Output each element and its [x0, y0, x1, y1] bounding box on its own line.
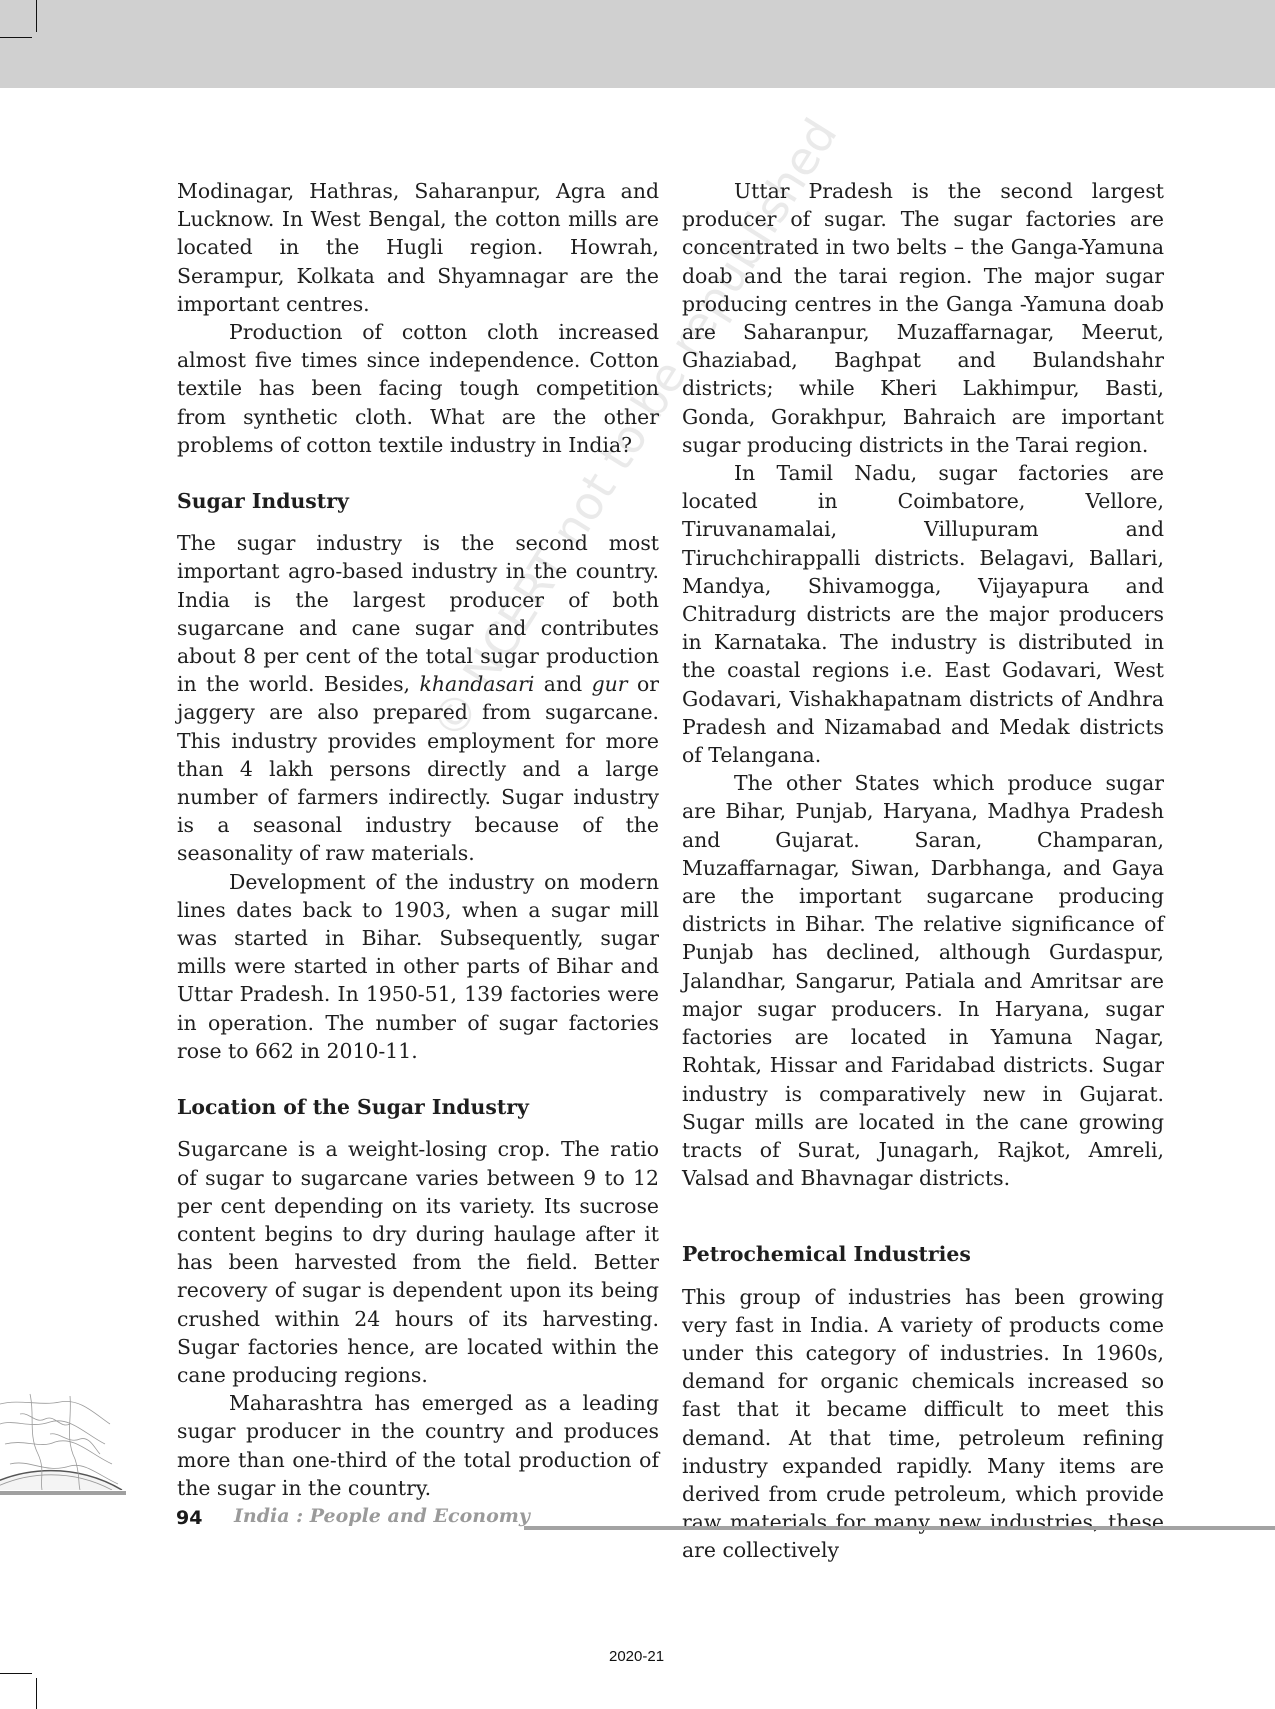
paragraph-sugar-location: Sugarcane is a weight-losing crop. The r… — [177, 1135, 659, 1389]
heading-location-sugar-industry: Location of the Sugar Industry — [177, 1093, 659, 1121]
scan-header-band — [0, 0, 1275, 88]
paragraph-sugar-intro: The sugar industry is the second most im… — [177, 529, 659, 867]
paragraph-other-states: The other States which produce sugar are… — [682, 769, 1164, 1192]
footer-rule-left — [0, 1491, 126, 1495]
left-column: Modinagar, Hathras, Saharanpur, Agra and… — [177, 177, 659, 1502]
right-column: Uttar Pradesh is the second largest prod… — [682, 177, 1164, 1565]
crop-mark-bottom-horizontal — [0, 1673, 32, 1674]
paragraph-tamil-nadu-karnataka: In Tamil Nadu, sugar factories are locat… — [682, 459, 1164, 769]
crop-mark-bottom-vertical — [36, 1678, 37, 1709]
paragraph-sugar-development: Development of the industry on modern li… — [177, 868, 659, 1065]
term-gur: gur — [592, 672, 628, 696]
heading-petrochemical-industries: Petrochemical Industries — [682, 1240, 1164, 1268]
paragraph-cotton-production: Production of cotton cloth increased alm… — [177, 318, 659, 459]
term-khandasari: khandasari — [419, 672, 534, 696]
paragraph-maharashtra: Maharashtra has emerged as a leading sug… — [177, 1389, 659, 1502]
crop-mark-top-vertical — [36, 0, 37, 32]
globe-map-icon — [0, 1384, 125, 1490]
footer-rule — [524, 1526, 1275, 1530]
heading-sugar-industry: Sugar Industry — [177, 487, 659, 515]
book-title: India : People and Economy — [234, 1505, 530, 1527]
paragraph-uttar-pradesh: Uttar Pradesh is the second largest prod… — [682, 177, 1164, 459]
page-number: 94 — [176, 1507, 202, 1529]
paragraph-petrochemical-intro: This group of industries has been growin… — [682, 1283, 1164, 1565]
paragraph-cotton-centres: Modinagar, Hathras, Saharanpur, Agra and… — [177, 177, 659, 318]
crop-mark-top-horizontal — [0, 37, 32, 38]
edition-year: 2020-21 — [609, 1648, 664, 1665]
